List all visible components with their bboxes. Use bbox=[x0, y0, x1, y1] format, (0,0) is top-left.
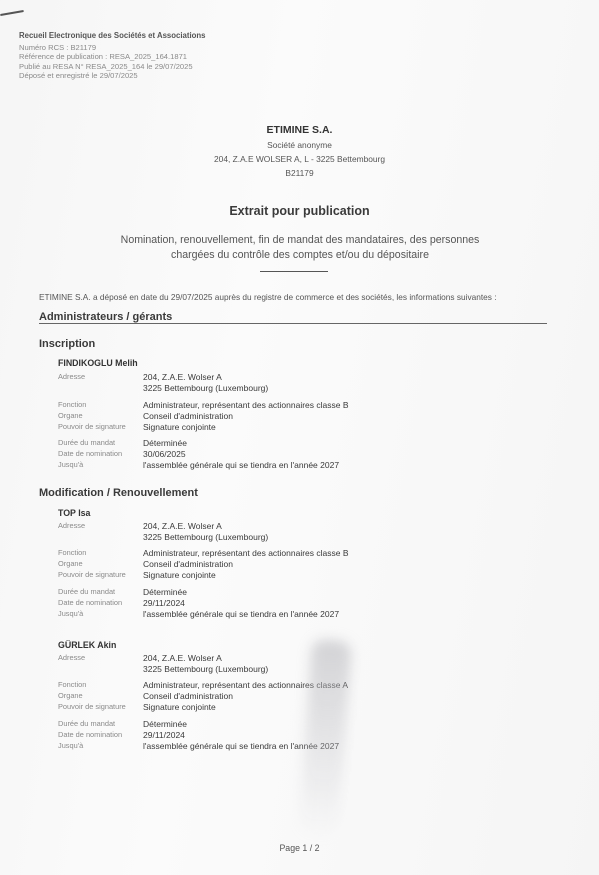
company-form: Société anonyme bbox=[0, 138, 599, 152]
field-pouvoir-signature: Pouvoir de signature Signature conjointe bbox=[58, 702, 216, 713]
resa-rcs-number: Numéro RCS : B21179 bbox=[19, 43, 205, 53]
field-label: Jusqu'à bbox=[58, 741, 143, 752]
company-rcs: B21179 bbox=[0, 166, 599, 180]
field-fonction: Fonction Administrateur, représentant de… bbox=[58, 400, 349, 411]
field-value: l'assemblée générale qui se tiendra en l… bbox=[143, 460, 339, 471]
field-value: Conseil d'administration bbox=[143, 559, 233, 570]
scan-smudge bbox=[298, 639, 352, 841]
field-fonction: Fonction Administrateur, représentant de… bbox=[58, 680, 348, 691]
field-adresse: Adresse 204, Z.A.E. Wolser A3225 Bettemb… bbox=[58, 521, 268, 542]
page-number: Page 1 / 2 bbox=[0, 843, 599, 853]
field-value: l'assemblée générale qui se tiendra en l… bbox=[143, 741, 339, 752]
field-label: Adresse bbox=[58, 372, 143, 393]
field-duree-mandat: Durée du mandat Déterminée bbox=[58, 719, 187, 730]
field-value: 204, Z.A.E. Wolser A3225 Bettembourg (Lu… bbox=[143, 372, 268, 393]
field-label: Organe bbox=[58, 691, 143, 702]
title-divider bbox=[260, 271, 328, 272]
field-label: Jusqu'à bbox=[58, 609, 143, 620]
field-jusqua: Jusqu'à l'assemblée générale qui se tien… bbox=[58, 460, 339, 471]
field-adresse: Adresse 204, Z.A.E. Wolser A3225 Bettemb… bbox=[58, 372, 268, 393]
field-adresse: Adresse 204, Z.A.E. Wolser A3225 Bettemb… bbox=[58, 653, 268, 674]
field-label: Date de nomination bbox=[58, 598, 143, 609]
field-value: Signature conjointe bbox=[143, 702, 216, 713]
field-label: Date de nomination bbox=[58, 730, 143, 741]
field-fonction: Fonction Administrateur, représentant de… bbox=[58, 548, 349, 559]
field-value: 29/11/2024 bbox=[143, 598, 185, 609]
field-label: Jusqu'à bbox=[58, 460, 143, 471]
field-label: Fonction bbox=[58, 400, 143, 411]
field-label: Pouvoir de signature bbox=[58, 570, 143, 581]
field-organe: Organe Conseil d'administration bbox=[58, 559, 233, 570]
field-value: l'assemblée générale qui se tiendra en l… bbox=[143, 609, 339, 620]
subsection-title-modification: Modification / Renouvellement bbox=[39, 487, 198, 499]
intro-text: ETIMINE S.A. a déposé en date du 29/07/2… bbox=[39, 292, 497, 302]
field-label: Pouvoir de signature bbox=[58, 422, 143, 433]
field-value: 30/06/2025 bbox=[143, 449, 186, 460]
field-label: Fonction bbox=[58, 680, 143, 691]
field-jusqua: Jusqu'à l'assemblée générale qui se tien… bbox=[58, 741, 339, 752]
field-organe: Organe Conseil d'administration bbox=[58, 411, 233, 422]
resa-header: Recueil Electronique des Sociétés et Ass… bbox=[19, 31, 205, 81]
section-title-administrateurs: Administrateurs / gérants bbox=[39, 311, 172, 323]
field-pouvoir-signature: Pouvoir de signature Signature conjointe bbox=[58, 422, 216, 433]
subsection-title-inscription: Inscription bbox=[39, 338, 95, 350]
field-value: Conseil d'administration bbox=[143, 411, 233, 422]
field-value: Signature conjointe bbox=[143, 422, 216, 433]
field-label: Durée du mandat bbox=[58, 587, 143, 598]
field-label: Date de nomination bbox=[58, 449, 143, 460]
field-value: Signature conjointe bbox=[143, 570, 216, 581]
field-value: Déterminée bbox=[143, 587, 187, 598]
field-label: Durée du mandat bbox=[58, 719, 143, 730]
resa-publication-reference: Référence de publication : RESA_2025_164… bbox=[19, 52, 205, 62]
field-label: Pouvoir de signature bbox=[58, 702, 143, 713]
company-name: ETIMINE S.A. bbox=[0, 123, 599, 137]
field-value: 204, Z.A.E. Wolser A3225 Bettembourg (Lu… bbox=[143, 521, 268, 542]
extrait-title: Extrait pour publication bbox=[0, 204, 599, 218]
field-jusqua: Jusqu'à l'assemblée générale qui se tien… bbox=[58, 609, 339, 620]
extrait-subtitle-line: chargées du contrôle des comptes et/ou d… bbox=[90, 248, 510, 263]
pen-mark bbox=[0, 10, 24, 16]
resa-filed-date: Déposé et enregistré le 29/07/2025 bbox=[19, 71, 205, 81]
field-value: Conseil d'administration bbox=[143, 691, 233, 702]
field-value: Déterminée bbox=[143, 719, 187, 730]
person-name: GÜRLEK Akin bbox=[58, 640, 116, 650]
field-value: Administrateur, représentant des actionn… bbox=[143, 680, 348, 691]
field-value: Déterminée bbox=[143, 438, 187, 449]
field-duree-mandat: Durée du mandat Déterminée bbox=[58, 438, 187, 449]
person-name: TOP Isa bbox=[58, 508, 90, 518]
field-label: Organe bbox=[58, 559, 143, 570]
field-pouvoir-signature: Pouvoir de signature Signature conjointe bbox=[58, 570, 216, 581]
field-label: Adresse bbox=[58, 653, 143, 674]
field-label: Durée du mandat bbox=[58, 438, 143, 449]
resa-title: Recueil Electronique des Sociétés et Ass… bbox=[19, 31, 205, 41]
resa-published-date: Publié au RESA N° RESA_2025_164 le 29/07… bbox=[19, 62, 205, 72]
field-value: Administrateur, représentant des actionn… bbox=[143, 400, 349, 411]
extrait-subtitle: Nomination, renouvellement, fin de manda… bbox=[90, 233, 510, 262]
field-organe: Organe Conseil d'administration bbox=[58, 691, 233, 702]
field-date-nomination: Date de nomination 30/06/2025 bbox=[58, 449, 186, 460]
field-label: Adresse bbox=[58, 521, 143, 542]
person-name: FINDIKOGLU Melih bbox=[58, 358, 138, 368]
field-value: Administrateur, représentant des actionn… bbox=[143, 548, 349, 559]
extrait-subtitle-line: Nomination, renouvellement, fin de manda… bbox=[90, 233, 510, 248]
field-label: Organe bbox=[58, 411, 143, 422]
field-duree-mandat: Durée du mandat Déterminée bbox=[58, 587, 187, 598]
field-label: Fonction bbox=[58, 548, 143, 559]
field-value: 204, Z.A.E. Wolser A3225 Bettembourg (Lu… bbox=[143, 653, 268, 674]
company-block: ETIMINE S.A. Société anonyme 204, Z.A.E … bbox=[0, 123, 599, 180]
field-date-nomination: Date de nomination 29/11/2024 bbox=[58, 598, 185, 609]
company-address: 204, Z.A.E WOLSER A, L - 3225 Bettembour… bbox=[0, 152, 599, 166]
field-date-nomination: Date de nomination 29/11/2024 bbox=[58, 730, 185, 741]
field-value: 29/11/2024 bbox=[143, 730, 185, 741]
section-divider bbox=[39, 323, 547, 324]
